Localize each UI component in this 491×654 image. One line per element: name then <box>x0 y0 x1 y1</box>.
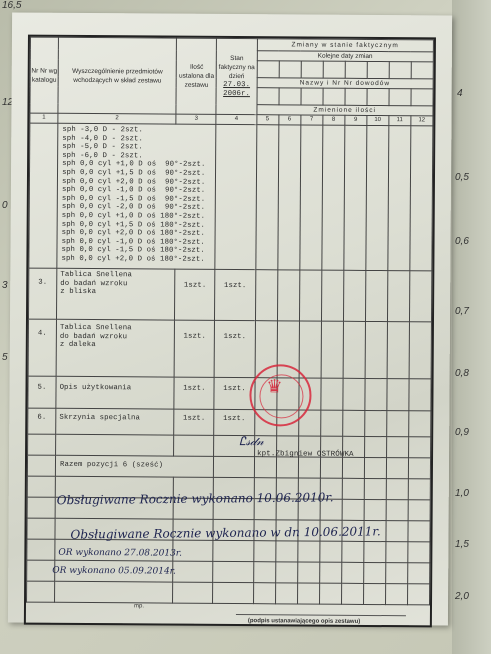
col-number: 4 <box>216 114 256 124</box>
set-quantity: 1szt. <box>175 269 215 320</box>
col-number: 9 <box>345 115 367 125</box>
table-row: 4. Tablica Snellena do badań wzroku z da… <box>28 319 431 379</box>
item-number: 3. <box>28 268 56 319</box>
item-number: 6. <box>28 408 56 434</box>
item-description: Opis użytkowania <box>60 384 174 393</box>
edge-mark: 0,5 <box>455 172 469 183</box>
edge-mark: 2,0 <box>455 591 469 602</box>
edge-mark: 0,6 <box>455 236 469 247</box>
place-label: mp. <box>134 603 144 609</box>
col-number: 1 <box>30 113 58 123</box>
edge-mark: 0,9 <box>455 427 469 438</box>
col-number: 6 <box>278 115 300 125</box>
set-quantity: 1szt. <box>174 377 214 409</box>
item-description: z daleka <box>60 341 174 350</box>
set-quantity: 1szt. <box>174 409 214 435</box>
col-number: 5 <box>256 115 278 125</box>
header-actual-state: Stan faktyczny na dzień 27.03. 2006r. <box>216 38 257 114</box>
item-description: z bliska <box>60 288 174 297</box>
col-number: 10 <box>367 115 389 125</box>
signature-caption: (podpis ustanawiającego opis zestawu) <box>248 618 360 625</box>
actual-quantity: 1szt. <box>214 409 254 435</box>
summary-text: Razem pozycji 6 (sześć) <box>60 461 163 470</box>
col-number: 8 <box>323 115 345 125</box>
edge-mark: 1,5 <box>455 539 469 550</box>
eagle-emblem-icon: ♛ <box>263 376 285 398</box>
table-row: 5. Opis użytkowania 1szt. 1szt. <box>28 376 431 411</box>
item-number: 5. <box>28 376 56 408</box>
col-number: 11 <box>389 116 411 126</box>
col-number: 7 <box>300 115 322 125</box>
handwritten-note: OR wykonano 05.09.2014r. <box>52 566 176 577</box>
actual-state-label: Stan faktyczny na dzień <box>217 54 256 81</box>
actual-quantity: 1szt. <box>215 320 255 377</box>
actual-quantity: 1szt. <box>215 269 255 320</box>
header-catalog-no: Nr Nr wg katalogu <box>30 37 59 113</box>
table-row: 3. Tablica Snellena do badań wzroku z bl… <box>28 268 431 322</box>
handwritten-note: Obsługiwane Rocznie wykonano 10.06.2010r… <box>57 490 334 507</box>
signatory-signature: Ꮭ𝓈𝒹𝓃 <box>239 434 264 449</box>
header-set-quantity: Ilość ustalona dla zestawu <box>176 38 217 114</box>
actual-state-date: 27.03. 2006r. <box>217 81 256 98</box>
signature-line <box>236 614 406 616</box>
edge-mark: 0,7 <box>455 306 469 317</box>
item-description: Tablica Snellena <box>60 271 174 280</box>
item-number: 4. <box>28 319 56 376</box>
col-number: 12 <box>411 116 433 126</box>
inventory-table: Nr Nr wg katalogu Wyszczególnienie przed… <box>26 37 434 606</box>
set-quantity: 1szt. <box>174 320 214 377</box>
document-sheet: Nr Nr wg katalogu Wyszczególnienie przed… <box>8 12 452 625</box>
lens-list: sph -3,0 D - 2szt. sph -4,0 D - 2szt. sp… <box>57 123 216 269</box>
edge-mark: 0 <box>2 200 8 211</box>
edge-mark: 3 <box>2 280 8 291</box>
item-description: Tablica Snellena <box>60 324 174 333</box>
signatory-name: kpt.Zbigniew OSTRÓWKA <box>257 450 354 459</box>
item-description: Skrzynia specjalna <box>59 414 173 423</box>
col-number: 3 <box>176 114 216 124</box>
header-item-description: Wyszczególnienie przedmiotów wchodzących… <box>58 37 177 114</box>
lens-line: sph 0,0 cyl +1,0 D oś 180°-2szt. <box>62 212 213 222</box>
lens-line: sph 0,0 cyl +2,0 D oś 180°-2szt. <box>61 255 212 265</box>
edge-mark: 1,0 <box>455 488 469 499</box>
table-row: sph -3,0 D - 2szt. sph -4,0 D - 2szt. sp… <box>29 123 433 271</box>
edge-mark: 0,8 <box>455 368 469 379</box>
edge-mark: 16,5 <box>2 0 21 11</box>
edge-mark: 4 <box>457 88 463 99</box>
official-stamp: ♛ <box>249 364 311 426</box>
summary-row: Razem pozycji 6 (sześć) <box>27 455 430 479</box>
table-row: 6. Skrzynia specjalna 1szt. 1szt. <box>28 408 431 437</box>
handwritten-note: OR wykonano 27.08.2013r. <box>58 548 182 559</box>
edge-mark: 5 <box>2 352 8 363</box>
